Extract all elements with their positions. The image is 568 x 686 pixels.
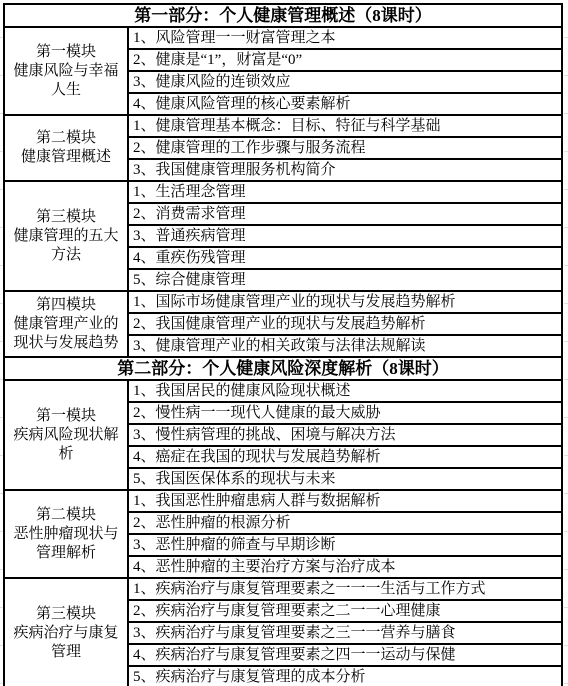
lesson-item-cell: 4、恶性肿瘤的主要治疗方案与治疗成本 [128,556,562,578]
module-title: 第二模块 [10,506,122,525]
lesson-item-cell: 1、我国恶性肿瘤患病人群与数据解析 [128,490,562,512]
lesson-row: 第三模块健康管理的五大方法1、生活理念管理 [4,181,562,203]
lesson-item-cell: 4、疾病治疗与康复管理要素之四一一运动与保健 [128,644,562,666]
module-title: 第三模块 [10,208,122,227]
lesson-item-cell: 1、国际市场健康管理产业的现状与发展趋势解析 [128,291,562,313]
module-name-cell: 第三模块疾病治疗与康复管理 [4,578,128,686]
lesson-item-cell: 3、健康风险的连锁效应 [128,71,562,93]
spreadsheet-gridlines-right [564,0,568,686]
lesson-item-cell: 3、慢性病管理的挑战、困境与解决方法 [128,424,562,446]
lesson-item-cell: 2、健康管理的工作步骤与服务流程 [128,137,562,159]
lesson-item-cell: 1、健康管理基本概念：目标、特征与科学基础 [128,115,562,137]
section-header-row: 第二部分：个人健康风险深度解析（8课时） [4,357,562,380]
section-2-header: 第二部分：个人健康风险深度解析（8课时） [4,357,562,380]
lesson-row: 第二模块恶性肿瘤现状与管理解析1、我国恶性肿瘤患病人群与数据解析 [4,490,562,512]
lesson-item-cell: 3、普通疾病管理 [128,225,562,247]
lesson-item-cell: 3、恶性肿瘤的筛查与早期诊断 [128,534,562,556]
module-title: 第一模块 [10,43,122,62]
lesson-item-cell: 1、疾病治疗与康复管理要素之一一一生活与工作方式 [128,578,562,600]
module-subtitle: 疾病风险现状解析 [10,426,122,464]
module-name-cell: 第一模块疾病风险现状解析 [4,380,128,490]
module-subtitle: 恶性肿瘤现状与管理解析 [10,525,122,563]
lesson-item-cell: 1、风险管理一一财富管理之本 [128,27,562,49]
lesson-item-cell: 2、疾病治疗与康复管理要素之二一一心理健康 [128,600,562,622]
lesson-row: 第一模块疾病风险现状解析1、我国居民的健康风险现状概述 [4,380,562,402]
lesson-item-cell: 2、慢性病一一现代人健康的最大威胁 [128,402,562,424]
section-1-header: 第一部分：个人健康管理概述（8课时） [4,4,562,27]
lesson-item-cell: 3、我国健康管理服务机构简介 [128,159,562,181]
lesson-item-cell: 2、恶性肿瘤的根源分析 [128,512,562,534]
module-subtitle: 疾病治疗与康复管理 [10,624,122,662]
lesson-item-cell: 4、健康风险管理的核心要素解析 [128,93,562,115]
module-name-cell: 第四模块健康管理产业的现状与发展趋势 [4,291,128,357]
lesson-item-cell: 2、我国健康管理产业的现状与发展趋势解析 [128,313,562,335]
module-name-cell: 第一模块健康风险与幸福人生 [4,27,128,115]
lesson-row: 第四模块健康管理产业的现状与发展趋势1、国际市场健康管理产业的现状与发展趋势解析 [4,291,562,313]
course-table-body: 第一部分：个人健康管理概述（8课时）第一模块健康风险与幸福人生1、风险管理一一财… [4,4,562,686]
module-subtitle: 健康管理概述 [10,148,122,167]
module-subtitle: 健康管理产业的现状与发展趋势 [10,315,122,353]
lesson-item-cell: 3、疾病治疗与康复管理要素之三一一营养与膳食 [128,622,562,644]
lesson-row: 第一模块健康风险与幸福人生1、风险管理一一财富管理之本 [4,27,562,49]
lesson-item-cell: 3、健康管理产业的相关政策与法律法规解读 [128,335,562,357]
module-title: 第二模块 [10,129,122,148]
module-name-cell: 第三模块健康管理的五大方法 [4,181,128,291]
module-subtitle: 健康管理的五大方法 [10,227,122,265]
lesson-item-cell: 1、生活理念管理 [128,181,562,203]
lesson-row: 第二模块健康管理概述1、健康管理基本概念：目标、特征与科学基础 [4,115,562,137]
module-subtitle: 健康风险与幸福人生 [10,62,122,100]
lesson-item-cell: 5、我国医保体系的现状与未来 [128,468,562,490]
module-title: 第三模块 [10,605,122,624]
module-title: 第一模块 [10,407,122,426]
lesson-item-cell: 5、综合健康管理 [128,269,562,291]
page: 第一部分：个人健康管理概述（8课时）第一模块健康风险与幸福人生1、风险管理一一财… [0,0,568,686]
lesson-row: 第三模块疾病治疗与康复管理1、疾病治疗与康复管理要素之一一一生活与工作方式 [4,578,562,600]
course-outline-table: 第一部分：个人健康管理概述（8课时）第一模块健康风险与幸福人生1、风险管理一一财… [3,3,563,686]
lesson-item-cell: 5、疾病治疗与康复管理的成本分析 [128,666,562,686]
section-header-row: 第一部分：个人健康管理概述（8课时） [4,4,562,27]
lesson-item-cell: 4、重疾伤残管理 [128,247,562,269]
lesson-item-cell: 1、我国居民的健康风险现状概述 [128,380,562,402]
module-title: 第四模块 [10,296,122,315]
module-name-cell: 第二模块健康管理概述 [4,115,128,181]
module-name-cell: 第二模块恶性肿瘤现状与管理解析 [4,490,128,578]
lesson-item-cell: 4、癌症在我国的现状与发展趋势解析 [128,446,562,468]
lesson-item-cell: 2、健康是“1”，财富是“0” [128,49,562,71]
lesson-item-cell: 2、消费需求管理 [128,203,562,225]
